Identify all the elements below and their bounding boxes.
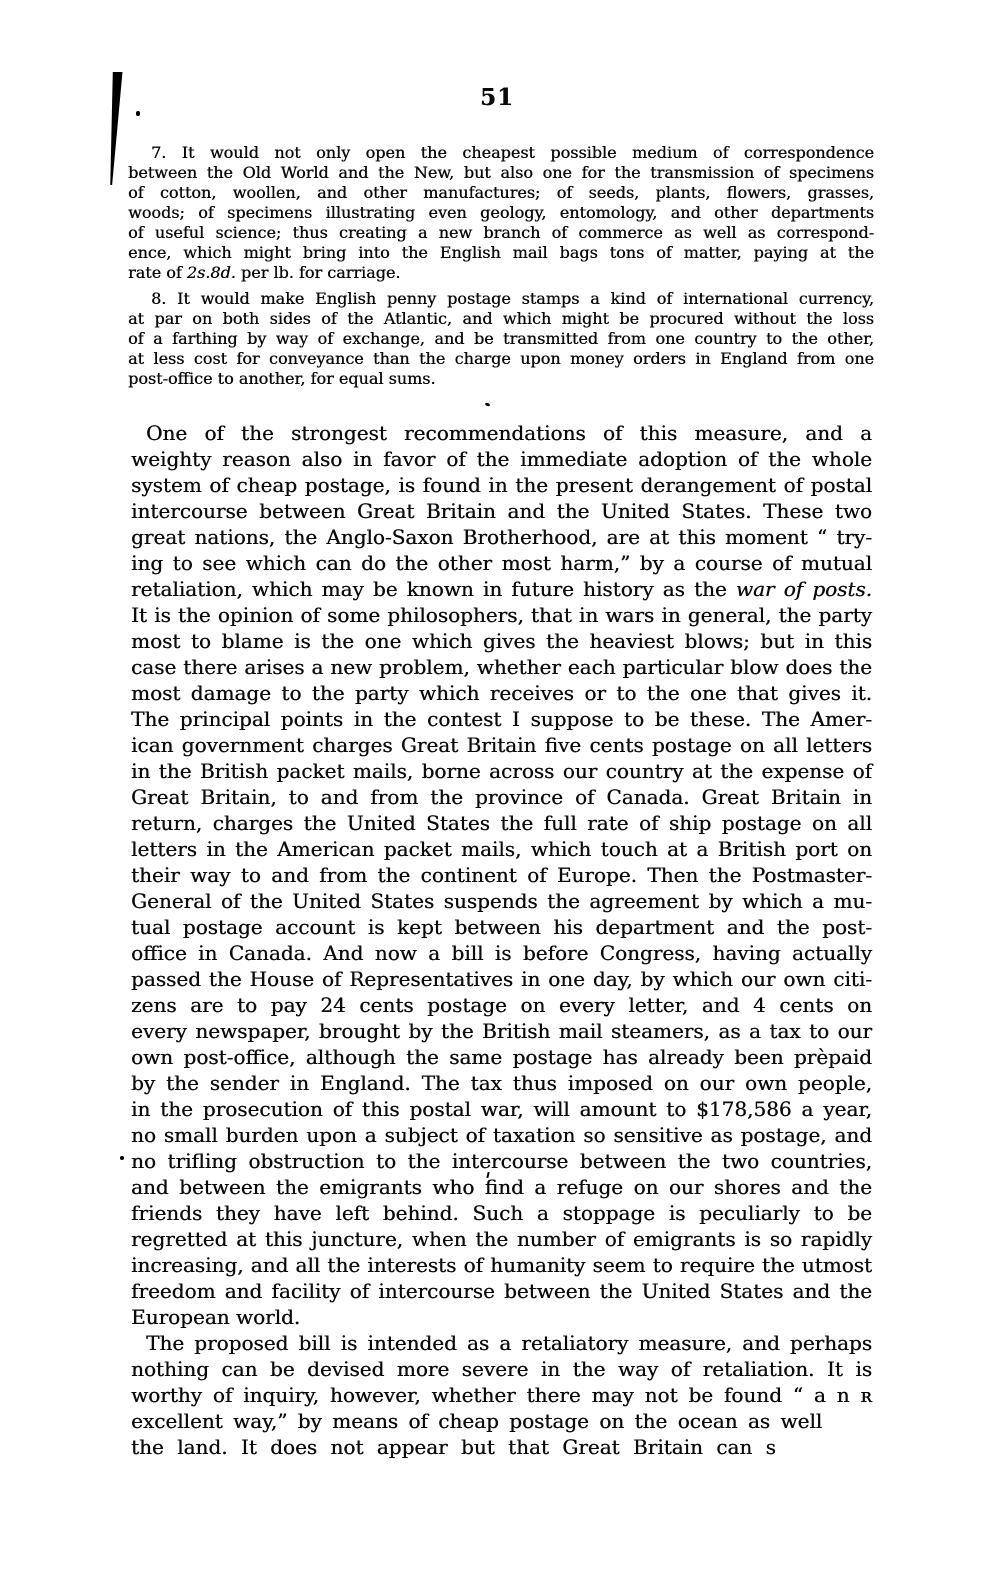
text-segment: per lb. for carriage. <box>236 263 401 282</box>
text-line: system of cheap postage, is found in the… <box>131 472 872 498</box>
text-line: post-office to another, for equal sums. <box>128 369 874 389</box>
text-line: friends they have left behind. Such a st… <box>131 1200 872 1226</box>
text-line: The proposed bill is intended as a retal… <box>131 1330 872 1356</box>
text-line: 8. It would make English penny postage s… <box>128 289 874 309</box>
text-line: their way to and from the continent of E… <box>131 862 872 888</box>
front-matter-section: 7. It would not only open the cheapest p… <box>128 143 874 389</box>
text-line: The principal points in the contest I su… <box>131 706 872 732</box>
paragraph-7: 7. It would not only open the cheapest p… <box>128 143 874 283</box>
text-line: regretted at this juncture, when the num… <box>131 1226 872 1252</box>
main-text-section: One of the strongest recommendations of … <box>131 420 872 1460</box>
text-line: at less cost for conveyance than the cha… <box>128 349 874 369</box>
text-line: of cotton, woollen, and other manufactur… <box>128 183 874 203</box>
ink-spot <box>120 1156 124 1160</box>
text-line: own post-office, although the same posta… <box>131 1044 872 1070</box>
text-line: 7. It would not only open the cheapest p… <box>128 143 874 163</box>
text-line: nothing can be devised more severe in th… <box>131 1356 872 1382</box>
text-line: excellent way,” by means of cheap postag… <box>131 1408 872 1434</box>
text-line: the land. It does not appear but that Gr… <box>131 1434 872 1460</box>
ink-spot <box>485 402 491 407</box>
text-line: in the British packet mails, borne acros… <box>131 758 872 784</box>
text-line: ing to see which can do the other most h… <box>131 550 872 576</box>
text-line: General of the United States suspends th… <box>131 888 872 914</box>
text-line: One of the strongest recommendations of … <box>131 420 872 446</box>
body-paragraph-2: The proposed bill is intended as a retal… <box>131 1330 872 1460</box>
ink-spot <box>136 111 140 116</box>
text-line: every newspaper, brought by the British … <box>131 1018 872 1044</box>
text-line: most to blame is the one which gives the… <box>131 628 872 654</box>
text-segment: retaliation, which may be known in futur… <box>131 577 736 601</box>
text-line: intercourse between Great Britain and th… <box>131 498 872 524</box>
text-line: passed the House of Representatives in o… <box>131 966 872 992</box>
text-line: increasing, and all the interests of hum… <box>131 1252 872 1278</box>
text-segment: war of posts. <box>736 577 872 601</box>
text-line: office in Canada. And now a bill is befo… <box>131 940 872 966</box>
text-line: ican government charges Great Britain fi… <box>131 732 872 758</box>
text-line: tual postage account is kept between his… <box>131 914 872 940</box>
text-line: retaliation, which may be known in futur… <box>131 576 872 602</box>
text-line: no small burden upon a subject of taxati… <box>131 1122 872 1148</box>
page-number: 51 <box>0 84 994 111</box>
text-line: no trifling obstruction to the intercour… <box>131 1148 872 1174</box>
text-line: of useful science; thus creating a new b… <box>128 223 874 243</box>
text-segment: 2s.8d. <box>187 263 236 282</box>
text-line: between the Old World and the New, but a… <box>128 163 874 183</box>
body-paragraph-1: One of the strongest recommendations of … <box>131 420 872 1330</box>
text-line: Great Britain, to and from the province … <box>131 784 872 810</box>
text-line: zens are to pay 24 cents postage on ever… <box>131 992 872 1018</box>
text-line: and between the emigrants who find a ref… <box>131 1174 872 1200</box>
book-page: 51 7. It would not only open the cheapes… <box>0 0 1003 1569</box>
text-line: European world. <box>131 1304 872 1330</box>
text-line: of a farthing by way of exchange, and be… <box>128 329 874 349</box>
text-line: return, charges the United States the fu… <box>131 810 872 836</box>
text-line: rate of 2s.8d. per lb. for carriage. <box>128 263 874 283</box>
paragraph-8: 8. It would make English penny postage s… <box>128 289 874 389</box>
text-line: in the prosecution of this postal war, w… <box>131 1096 872 1122</box>
text-line: most damage to the party which receives … <box>131 680 872 706</box>
text-line: by the sender in England. The tax thus i… <box>131 1070 872 1096</box>
text-line: letters in the American packet mails, wh… <box>131 836 872 862</box>
text-segment: rate of <box>128 263 187 282</box>
text-line: case there arises a new problem, whether… <box>131 654 872 680</box>
text-line: at par on both sides of the Atlantic, an… <box>128 309 874 329</box>
text-line: ence, which might bring into the English… <box>128 243 874 263</box>
text-line: weighty reason also in favor of the imme… <box>131 446 872 472</box>
text-line: It is the opinion of some philosophers, … <box>131 602 872 628</box>
text-line: worthy of inquiry, however, whether ther… <box>131 1382 872 1408</box>
text-line: freedom and facility of intercourse betw… <box>131 1278 872 1304</box>
text-line: great nations, the Anglo-Saxon Brotherho… <box>131 524 872 550</box>
text-line: woods; of specimens illustrating even ge… <box>128 203 874 223</box>
